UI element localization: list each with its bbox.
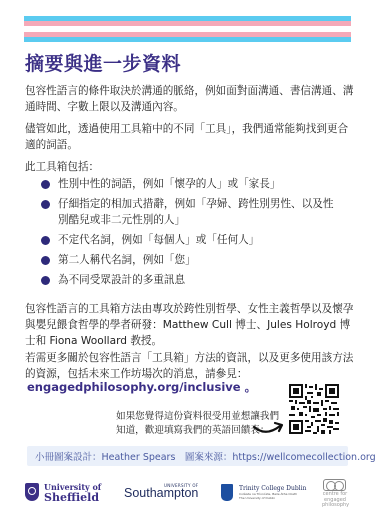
feedback-qr-code[interactable] xyxy=(289,384,339,434)
list-item: 為不同受眾設計的多重訊息 xyxy=(38,273,338,289)
flag-stripe-blue xyxy=(24,37,351,42)
paragraph-authors: 包容性語言的工具箱方法由專攻於跨性別哲學、女性主義哲學以及懷孕與嬰兒餵食哲學的學… xyxy=(25,301,355,349)
curved-arrow-icon xyxy=(252,421,286,437)
paragraph-tools: 儘管如此，透過使用工具箱中的不同「工具」，我們通常能夠找到更合適的詞語。 xyxy=(25,121,355,153)
website-link[interactable]: engagedphilosophy.org/inclusive 。 xyxy=(27,379,256,395)
list-item: 不定代名詞，例如「每個人」或「任何人」 xyxy=(38,233,338,249)
bullet-dot-icon xyxy=(41,256,50,265)
list-item: 性別中性的詞語，例如「懷孕的人」或「家長」 xyxy=(38,177,338,193)
credits-bar: 小冊圖案設計：Heather Spears 圖案來源：https://wellc… xyxy=(27,446,348,466)
flag-stripe-pink xyxy=(24,21,351,26)
trans-flag-top xyxy=(24,16,351,26)
bullet-dot-icon xyxy=(41,276,50,285)
paragraph-more-info: 若需更多關於包容性語言「工具箱」方法的資訊，以及更多使用該方法的資源，包括未來工… xyxy=(25,350,355,382)
paragraph-context: 包容性語言的條件取決於溝通的脈絡，例如面對面溝通、書信溝通、溝通時間、字數上限以… xyxy=(25,83,355,115)
cep-mark-icon xyxy=(323,479,346,491)
list-item: 仔細指定的相加式措辭，例如「孕婦、跨性別男性、以及性別酷兒或非二元性別的人」 xyxy=(38,197,338,228)
trinity-crest-icon xyxy=(221,484,233,501)
bullet-dot-icon xyxy=(41,236,50,245)
sheffield-crest-icon xyxy=(25,483,39,501)
partner-logos: University of Sheffield UNIVERSITY OF So… xyxy=(0,477,375,513)
credits-text: 小冊圖案設計：Heather Spears 圖案來源：https://wellc… xyxy=(35,449,375,463)
toolbox-intro: 此工具箱包括： xyxy=(25,159,99,174)
list-item: 第二人稱代名詞，例如「您」 xyxy=(38,253,338,269)
toolbox-list: 性別中性的詞語，例如「懷孕的人」或「家長」 仔細指定的相加式措辭，例如「孕婦、跨… xyxy=(38,177,338,293)
trans-flag-bottom xyxy=(24,32,351,42)
bullet-dot-icon xyxy=(41,180,50,189)
page-title: 摘要與進一步資料 xyxy=(25,49,181,76)
bullet-dot-icon xyxy=(41,200,50,209)
